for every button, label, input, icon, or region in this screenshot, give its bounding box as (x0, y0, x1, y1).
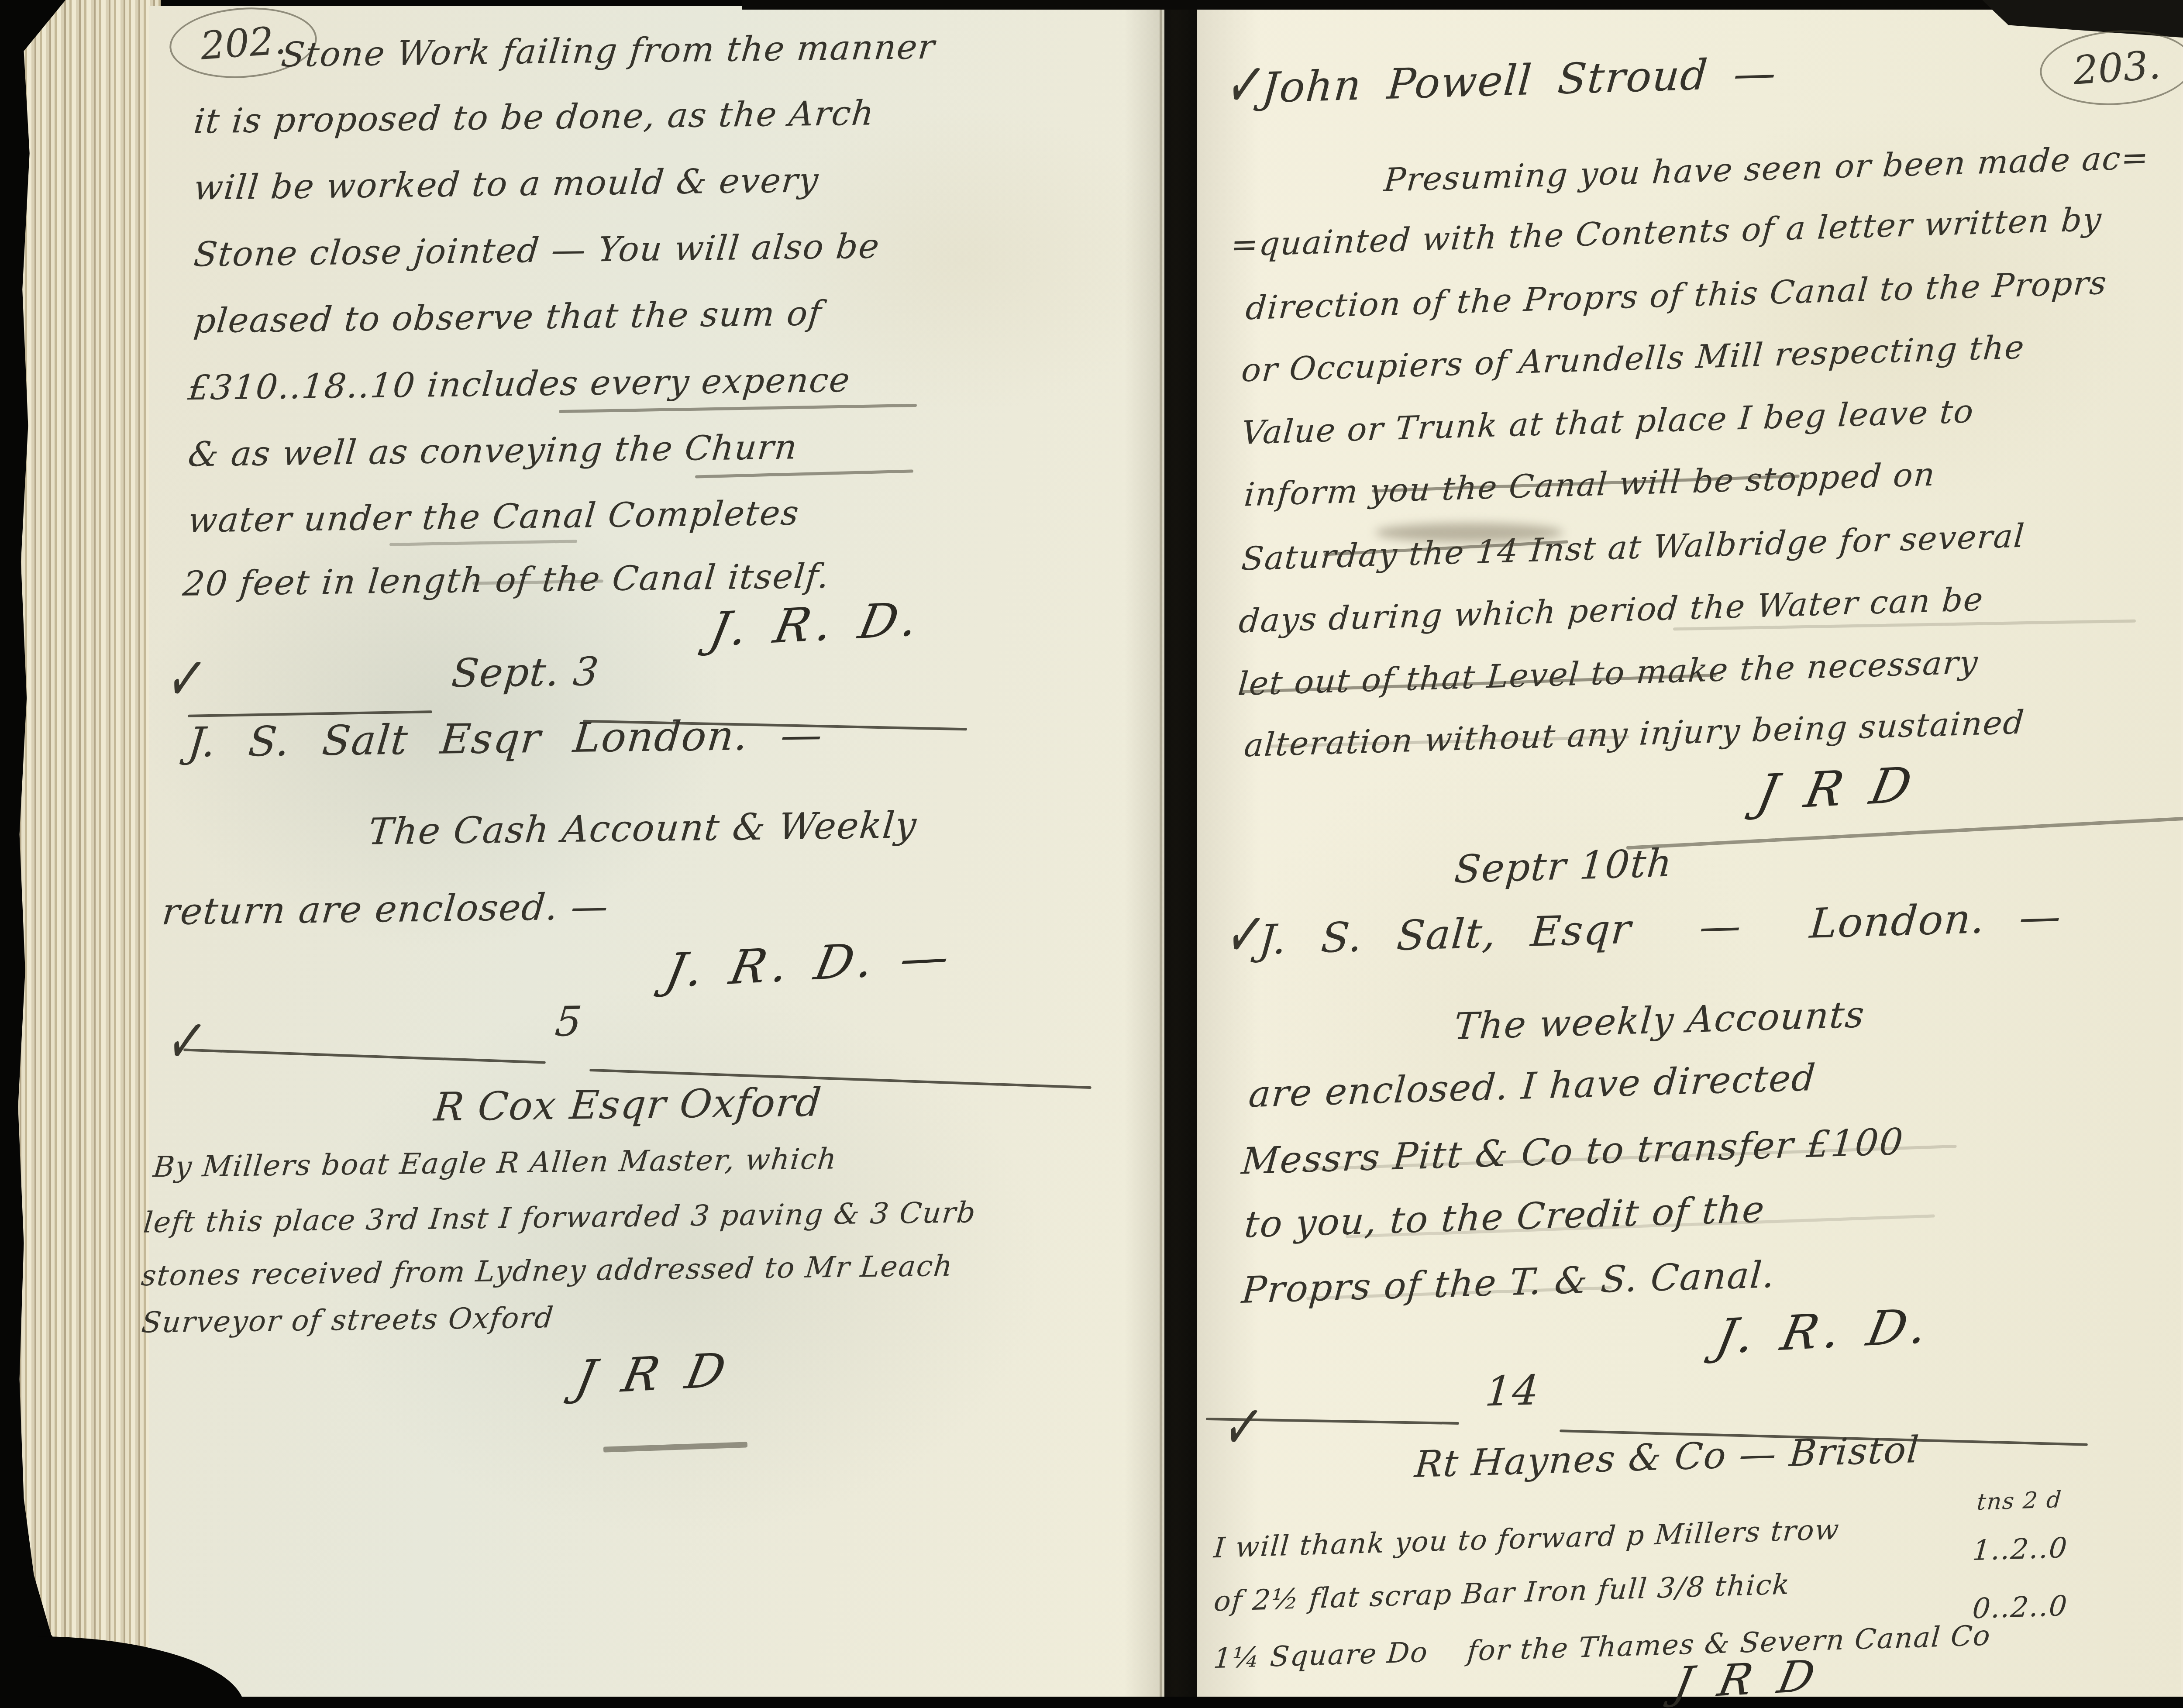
entry-number: 5 (553, 998, 585, 1046)
manuscript-line: return are enclosed. — (160, 885, 611, 933)
page-stack-fore-edge (17, 0, 161, 1703)
manuscript-line: pleased to observe that the sum of (192, 294, 824, 341)
page-number-text: 202. (199, 17, 288, 68)
signature-initials: J. R. D. (1711, 1298, 1939, 1364)
manuscript-line: water under the Canal Completes (186, 493, 801, 540)
manuscript-line: £310..18..10 includes every expence (186, 361, 852, 408)
amount-value: 1..2..0 (1971, 1532, 2069, 1567)
ink-smudge (1375, 523, 1563, 542)
letter-date: Septr 10th (1453, 840, 1674, 892)
manuscript-line: The Cash Account & Weekly (367, 803, 919, 853)
background-top-edge (742, 0, 2183, 10)
amount-column-header: tns 2 d (1976, 1487, 2063, 1515)
letter-addressee: J. S. Salt Esqr London. — (186, 711, 825, 767)
manuscript-line: it is proposed to be done, as the Arch (192, 93, 876, 141)
manuscript-line: Stone Work failing from the manner (279, 28, 937, 75)
right-page-edge-lines (2181, 0, 2183, 1708)
background-bottom-edge (0, 1697, 2183, 1708)
letter-addressee: R Cox Esqr Oxford (432, 1080, 824, 1130)
signature-initials: J R D (571, 1343, 737, 1405)
manuscript-line: Surveyor of streets Oxford (140, 1301, 555, 1340)
page-number-text: 203. (2072, 42, 2162, 94)
letter-book-scan: 202. Stone Work failing from the manner … (0, 0, 2183, 1708)
letter-date: Sept. 3 (450, 649, 601, 696)
manuscript-line: & as well as conveying the Churn (186, 427, 799, 474)
page-crease-line (1160, 0, 1162, 1708)
entry-number: 14 (1484, 1367, 1541, 1416)
signature-initials: J R D (1670, 1650, 1825, 1708)
manuscript-line: will be worked to a mould & every (192, 161, 821, 207)
signature-initials: J R D (1752, 757, 1922, 822)
manuscript-line: 20 feet in length of the Canal itself. (181, 557, 831, 604)
